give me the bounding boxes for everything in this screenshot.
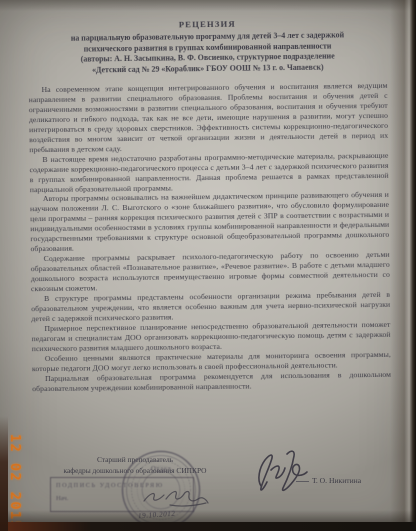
round-stamp-text: Отдел — [114, 466, 208, 473]
photo-bottom-border — [0, 522, 416, 531]
paragraph: Примерное перспективное планирование неп… — [31, 320, 390, 354]
stamp-signature — [140, 481, 210, 511]
photo-left-border — [0, 416, 8, 531]
page-bottom-shadow — [0, 510, 416, 522]
paragraph: На современном этапе концепция интегриро… — [29, 81, 389, 155]
handwritten-signature — [247, 446, 309, 494]
paragraph: Парциальная образовательная программа ре… — [32, 369, 391, 393]
doc-body: На современном этапе концепция интегриро… — [29, 81, 392, 394]
rect-stamp-line-2: Нач. — [56, 495, 68, 502]
paragraph: В настоящее время недостаточно разработа… — [29, 150, 388, 194]
doc-title: РЕЦЕНЗИЯ — [28, 17, 387, 31]
paragraph: В структуре программы представлены особе… — [31, 290, 390, 324]
signature-dash — [296, 481, 309, 482]
photo-top-shadow — [0, 0, 416, 11]
paragraph: Авторы программы основывались на важнейш… — [30, 190, 390, 254]
document-page: РЕЦЕНЗИЯ на парциальную образовательную … — [28, 17, 392, 394]
page-right-edge-shadow — [390, 0, 416, 531]
reviewer-name: Т. О. Никитина — [312, 476, 361, 485]
document-photo: РЕЦЕНЗИЯ на парциальную образовательную … — [0, 0, 416, 531]
paragraph: Содержание программы раскрывает психолог… — [31, 250, 390, 294]
